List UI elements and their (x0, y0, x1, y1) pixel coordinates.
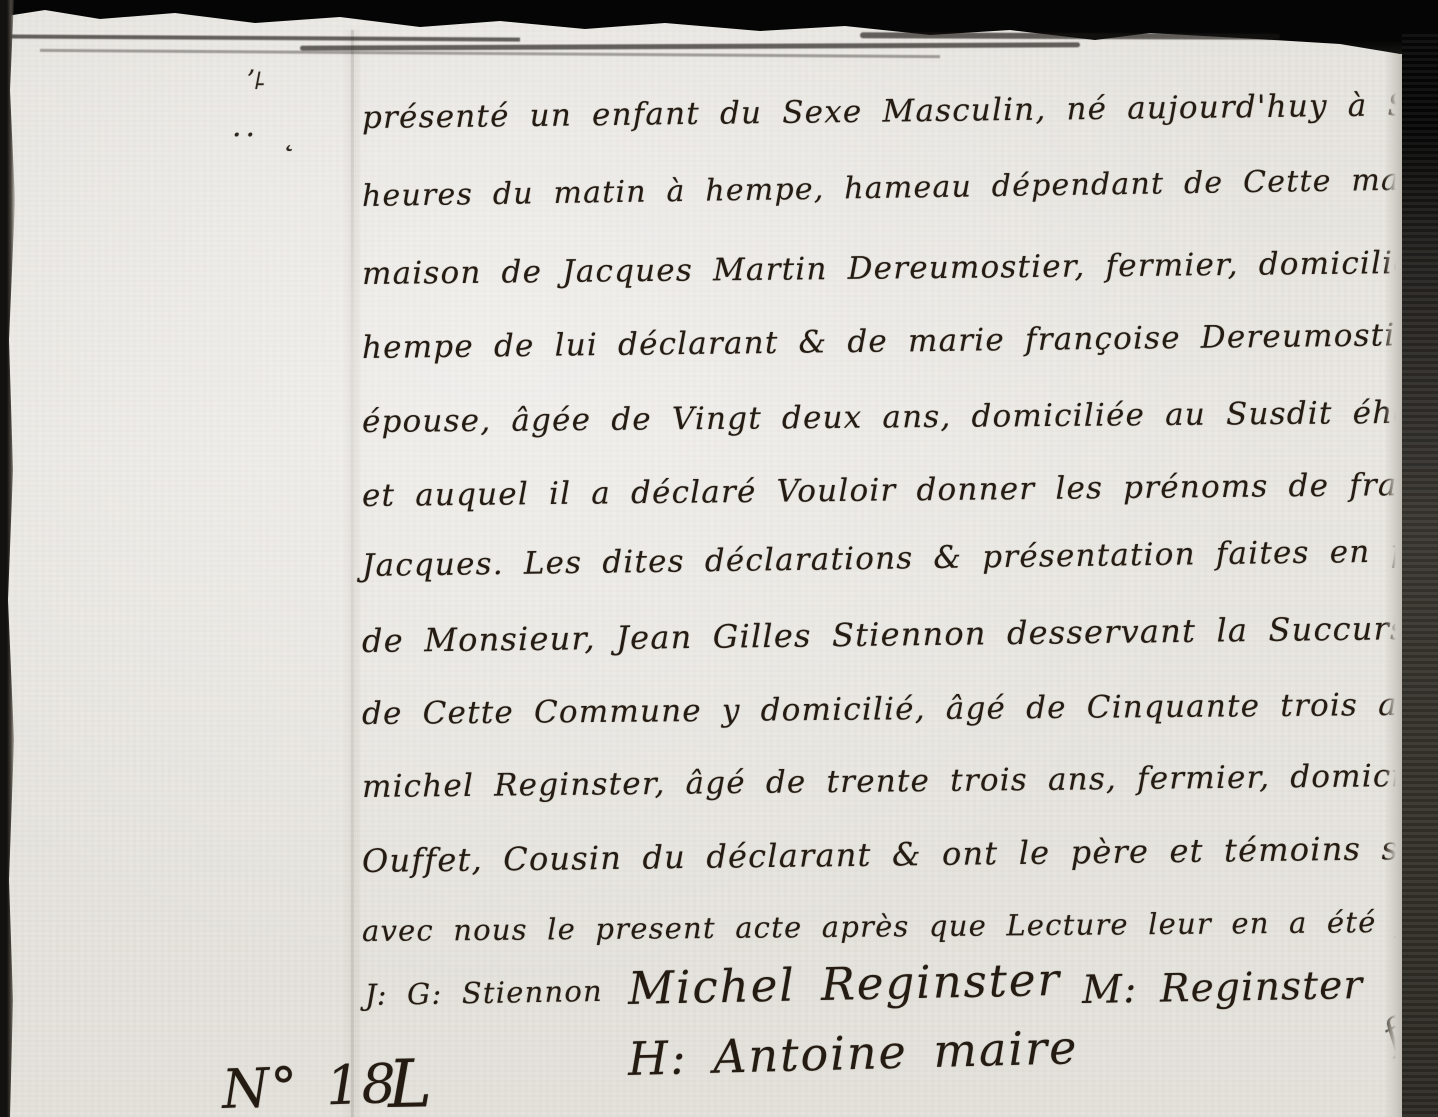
paper-fold-line (351, 30, 354, 1117)
record-line: maison de Jacques Martin Dereumostier, f… (362, 245, 1438, 292)
scanned-register-page: ʼ꜕ ·· ˛ présenté un enfant du Sexe Mascu… (0, 0, 1438, 1117)
act-number: N° 18 (221, 1052, 398, 1117)
record-line: épouse, âgée de Vingt deux ans, domicili… (362, 395, 1438, 440)
record-line: Jacques. Les dites déclarations & présen… (362, 533, 1438, 584)
next-act-initial: L (387, 1045, 433, 1117)
signature-mayor-antoine: H: Antoine maire (627, 1020, 1079, 1086)
record-line: avec nous le present acte après que Lect… (362, 905, 1438, 948)
ink-blot-mark: ʼ꜕ (246, 66, 267, 96)
signature-stiennon: J: G: Stiennon (365, 974, 603, 1012)
record-line: heures du matin à hempe, hameau dépendan… (362, 162, 1438, 214)
record-line: de Monsieur, Jean Gilles Stiennon desser… (362, 609, 1438, 660)
scan-left-binding-edge (0, 0, 16, 1117)
record-line: michel Reginster, âgé de trente trois an… (362, 758, 1438, 805)
scan-streak (40, 49, 940, 58)
scan-streak (860, 32, 1280, 39)
ink-blot-dots: ·· ˛ (232, 118, 301, 153)
record-line: hempe de lui déclarant & de marie franço… (362, 317, 1438, 366)
scan-streak (300, 42, 1080, 50)
scan-right-gutter-shadow (1402, 34, 1438, 1117)
record-line: et auquel il a déclaré Vouloir donner le… (362, 467, 1438, 514)
scan-streak (0, 34, 520, 41)
record-line: de Cette Commune y domicilié, âgé de Cin… (362, 687, 1438, 732)
signature-m-reginster: M: Reginster (1082, 963, 1364, 1013)
signature-michel-reginster: Michel Reginster (627, 953, 1061, 1015)
record-line: présenté un enfant du Sexe Masculin, né … (362, 87, 1438, 136)
record-line: Ouffet, Cousin du déclarant & ont le pèr… (362, 829, 1438, 880)
